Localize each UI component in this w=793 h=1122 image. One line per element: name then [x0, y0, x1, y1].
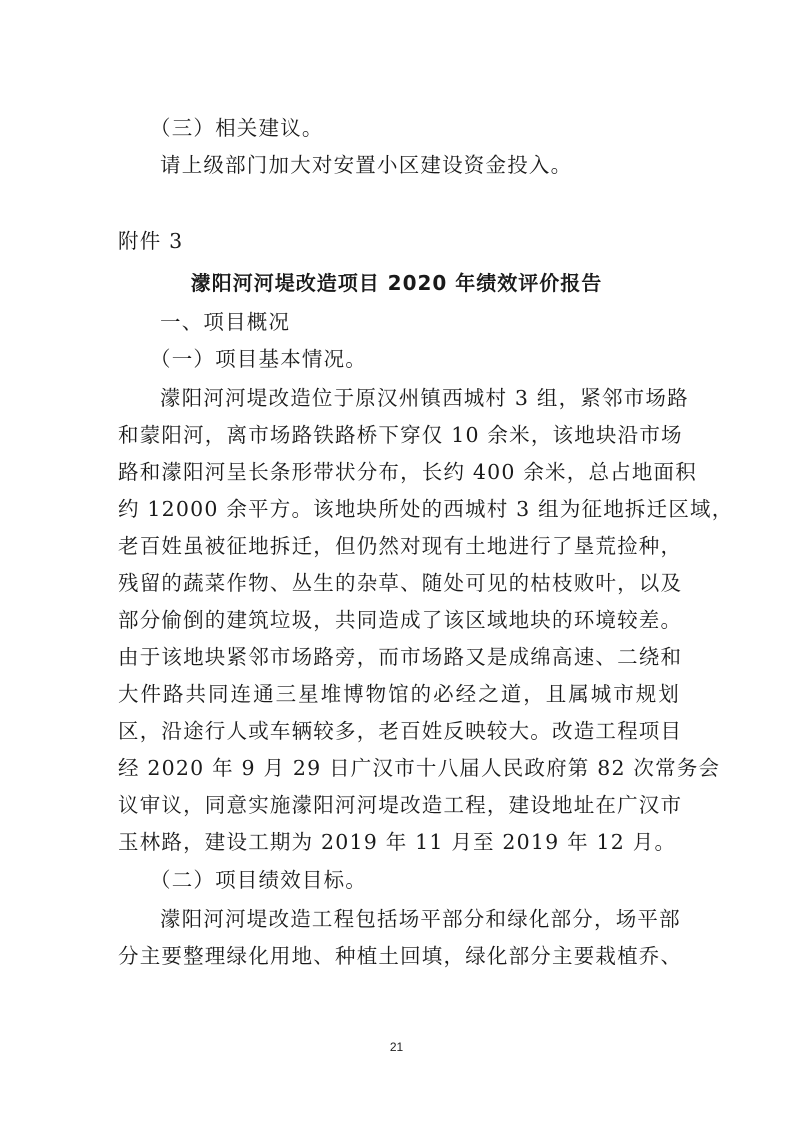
page-number: 21: [0, 1040, 793, 1054]
subsection-heading-performance-goals: （二）项目绩效目标。: [150, 868, 712, 892]
paragraph-line: 分主要整理绿化用地、种植土回填，绿化部分主要栽植乔、: [118, 944, 680, 968]
paragraph-line: 部分偷倒的建筑垃圾，共同造成了该区域地块的环境较差。: [118, 608, 680, 632]
paragraph-suggestion: 请上级部门加大对安置小区建设资金投入。: [160, 153, 680, 177]
paragraph-line: 路和濛阳河呈长条形带状分布，长约 400 余米，总占地面积: [118, 460, 680, 484]
paragraph-line: 残留的蔬菜作物、丛生的杂草、随处可见的枯枝败叶，以及: [118, 571, 680, 595]
paragraph-line: 区，沿途行人或车辆较多，老百姓反映较大。改造工程项目: [118, 719, 680, 743]
document-page: （三）相关建议。 请上级部门加大对安置小区建设资金投入。 附件 3 濛阳河河堤改…: [0, 0, 793, 1122]
paragraph-line: 大件路共同连通三星堆博物馆的必经之道，且属城市规划: [118, 682, 680, 706]
paragraph-line: 经 2020 年 9 月 29 日广汉市十八届人民政府第 82 次常务会: [118, 756, 680, 780]
paragraph-line: 玉林路，建设工期为 2019 年 11 月至 2019 年 12 月。: [118, 830, 680, 854]
paragraph-line: 约 12000 余平方。该地块所处的西城村 3 组为征地拆迁区域，: [118, 497, 680, 521]
paragraph-line: 濛阳河河堤改造位于原汉州镇西城村 3 组，紧邻市场路: [160, 386, 680, 410]
attachment-label: 附件 3: [118, 229, 680, 253]
paragraph-line: 和蒙阳河，离市场路铁路桥下穿仅 10 余米，该地块沿市场: [118, 423, 680, 447]
paragraph-line: 由于该地块紧邻市场路旁，而市场路又是成绵高速、二绕和: [118, 645, 680, 669]
section-heading-suggestions: （三）相关建议。: [150, 116, 712, 140]
paragraph-line: 濛阳河河堤改造工程包括场平部分和绿化部分，场平部: [160, 907, 680, 931]
paragraph-line: 议审议，同意实施濛阳河河堤改造工程，建设地址在广汉市: [118, 793, 680, 817]
subsection-heading-basic-info: （一）项目基本情况。: [150, 347, 712, 371]
section-heading-overview: 一、项目概况: [160, 310, 680, 334]
paragraph-line: 老百姓虽被征地拆迁，但仍然对现有土地进行了垦荒捡种，: [118, 534, 680, 558]
document-title: 濛阳河河堤改造项目 2020 年绩效评价报告: [0, 271, 793, 295]
